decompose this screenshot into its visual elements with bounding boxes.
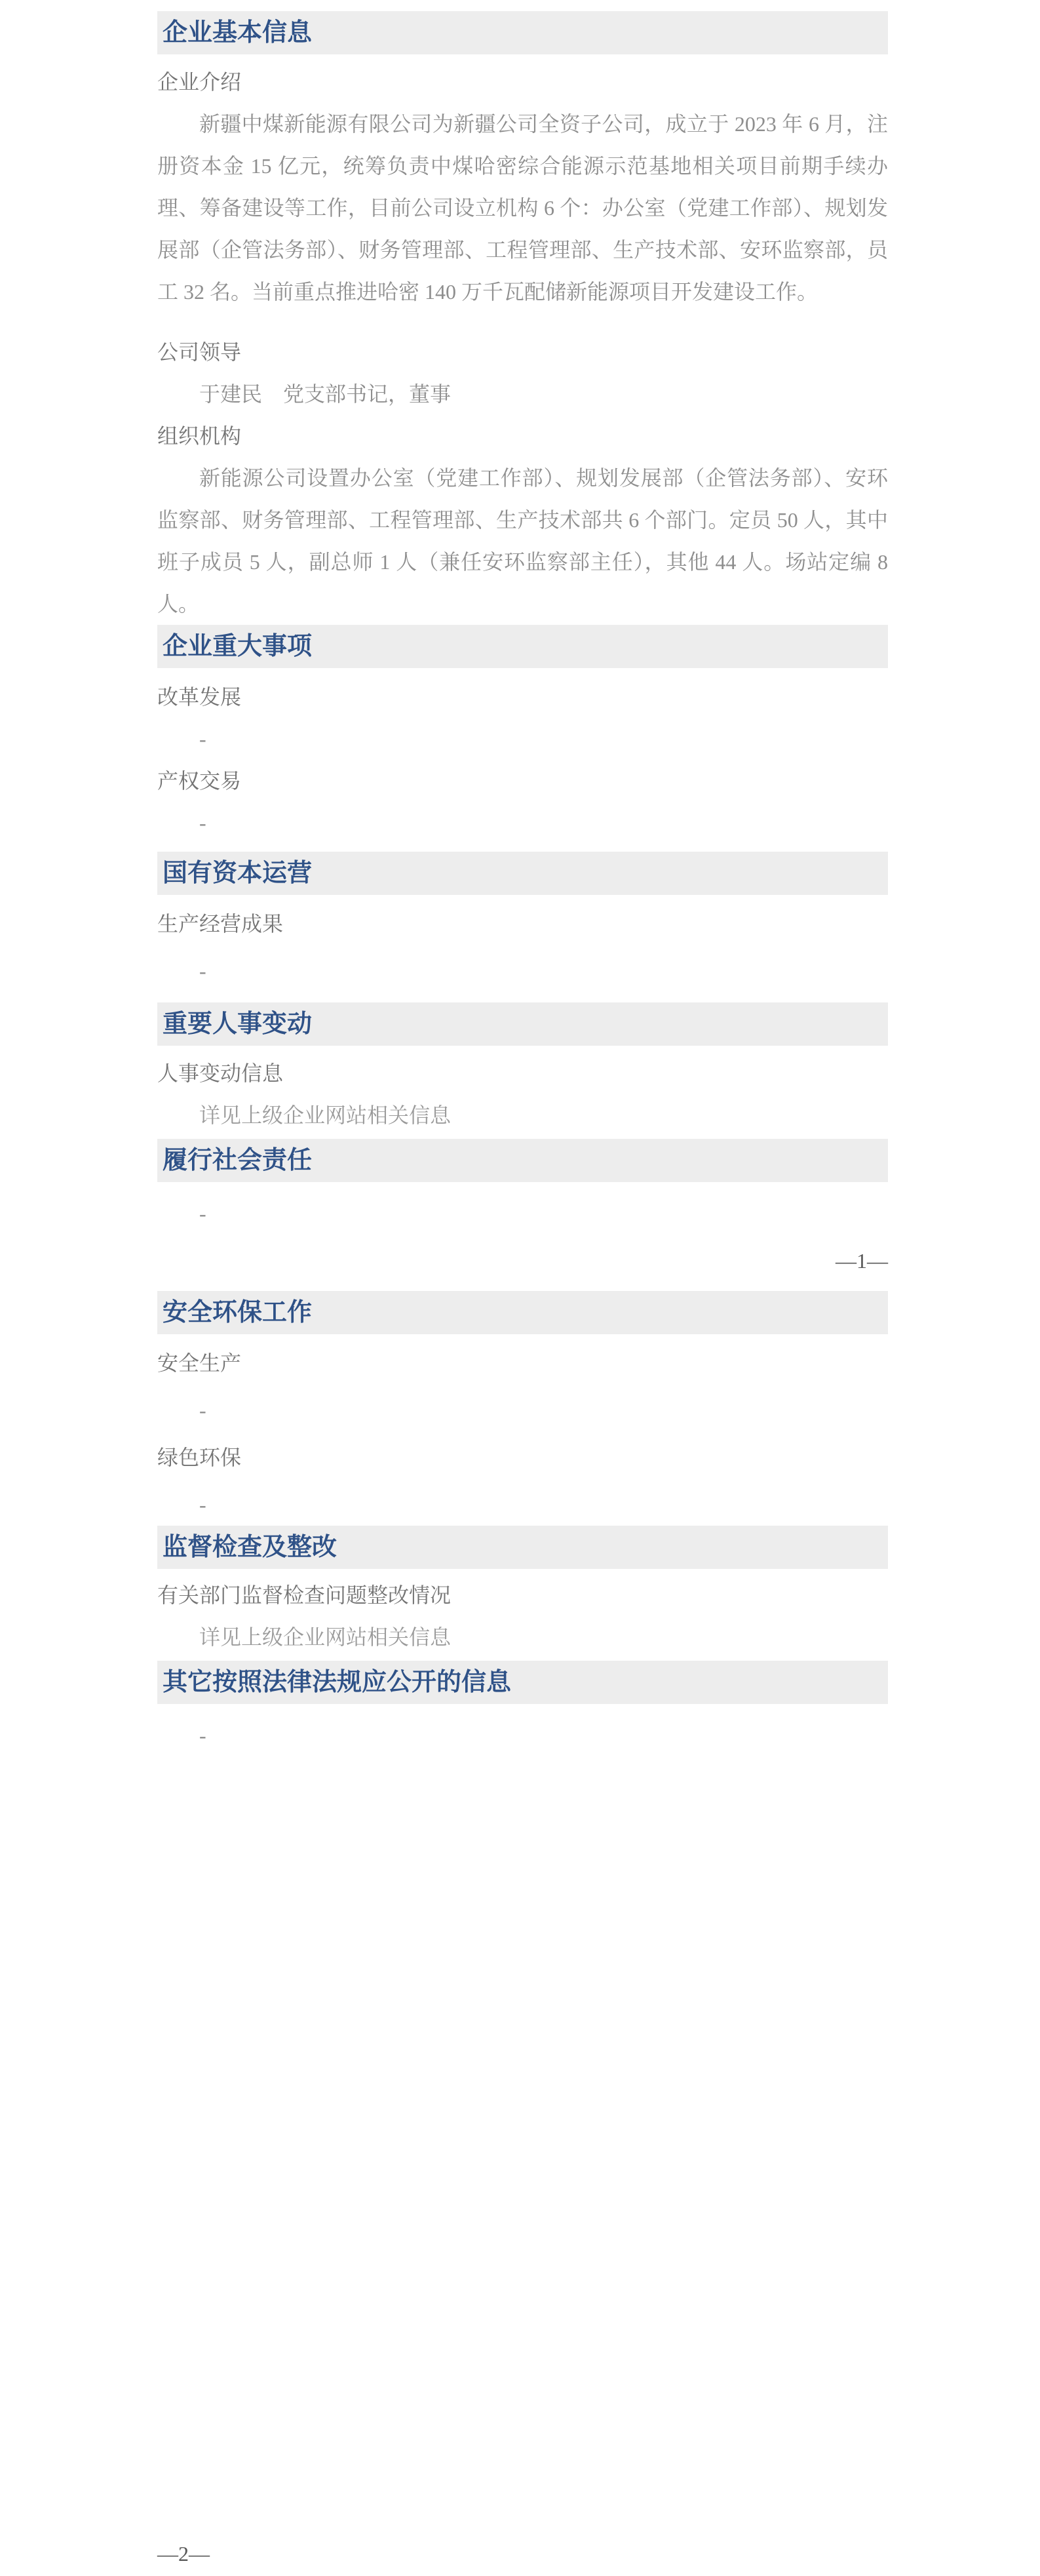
section-header-other-legal-info: 其它按照法律法规应公开的信息 xyxy=(157,1661,888,1704)
section-header-social-responsibility: 履行社会责任 xyxy=(157,1139,888,1182)
value-work-safety: - xyxy=(157,1389,888,1431)
section-header-supervision: 监督检查及整改 xyxy=(157,1526,888,1569)
subheading-property-transactions: 产权交易 xyxy=(157,760,888,802)
note-personnel-info: 详见上级企业网站相关信息 xyxy=(157,1094,888,1136)
value-green-environment: - xyxy=(157,1484,888,1526)
value-other-legal-info: - xyxy=(157,1714,888,1756)
subheading-reform-development: 改革发展 xyxy=(157,676,888,718)
value-operating-results: - xyxy=(157,950,888,992)
section-header-state-capital: 国有资本运营 xyxy=(157,852,888,895)
subheading-rectification: 有关部门监督检查问题整改情况 xyxy=(157,1574,888,1616)
subheading-operating-results: 生产经营成果 xyxy=(157,903,888,945)
section-header-safety-environment: 安全环保工作 xyxy=(157,1291,888,1334)
document: 企业基本信息 企业介绍 新疆中煤新能源有限公司为新疆公司全资子公司，成立于 20… xyxy=(0,11,1040,2576)
value-property-transactions: - xyxy=(157,802,888,844)
section-header-basic-info: 企业基本信息 xyxy=(157,11,888,54)
subheading-company-intro: 企业介绍 xyxy=(157,61,888,103)
paragraph-company-intro: 新疆中煤新能源有限公司为新疆公司全资子公司，成立于 2023 年 6 月，注册资… xyxy=(157,103,888,313)
subheading-green-environment: 绿色环保 xyxy=(157,1437,888,1478)
subheading-work-safety: 安全生产 xyxy=(157,1342,888,1384)
page-number-2: —2— xyxy=(157,2533,210,2575)
note-rectification: 详见上级企业网站相关信息 xyxy=(157,1616,888,1658)
subheading-organization: 组织机构 xyxy=(157,415,888,457)
section-header-personnel-changes: 重要人事变动 xyxy=(157,1002,888,1046)
value-reform-development: - xyxy=(157,718,888,760)
page-number-1: —1— xyxy=(157,1240,888,1282)
document-content-column: 企业基本信息 企业介绍 新疆中煤新能源有限公司为新疆公司全资子公司，成立于 20… xyxy=(157,11,888,1756)
subheading-personnel-info: 人事变动信息 xyxy=(157,1052,888,1094)
value-social-responsibility: - xyxy=(157,1193,888,1235)
leader-entry: 于建民 党支部书记，董事 xyxy=(157,373,888,415)
paragraph-organization: 新能源公司设置办公室（党建工作部）、规划发展部（企管法务部）、安环监察部、财务管… xyxy=(157,457,888,625)
section-header-major-matters: 企业重大事项 xyxy=(157,625,888,668)
subheading-company-leaders: 公司领导 xyxy=(157,331,888,373)
